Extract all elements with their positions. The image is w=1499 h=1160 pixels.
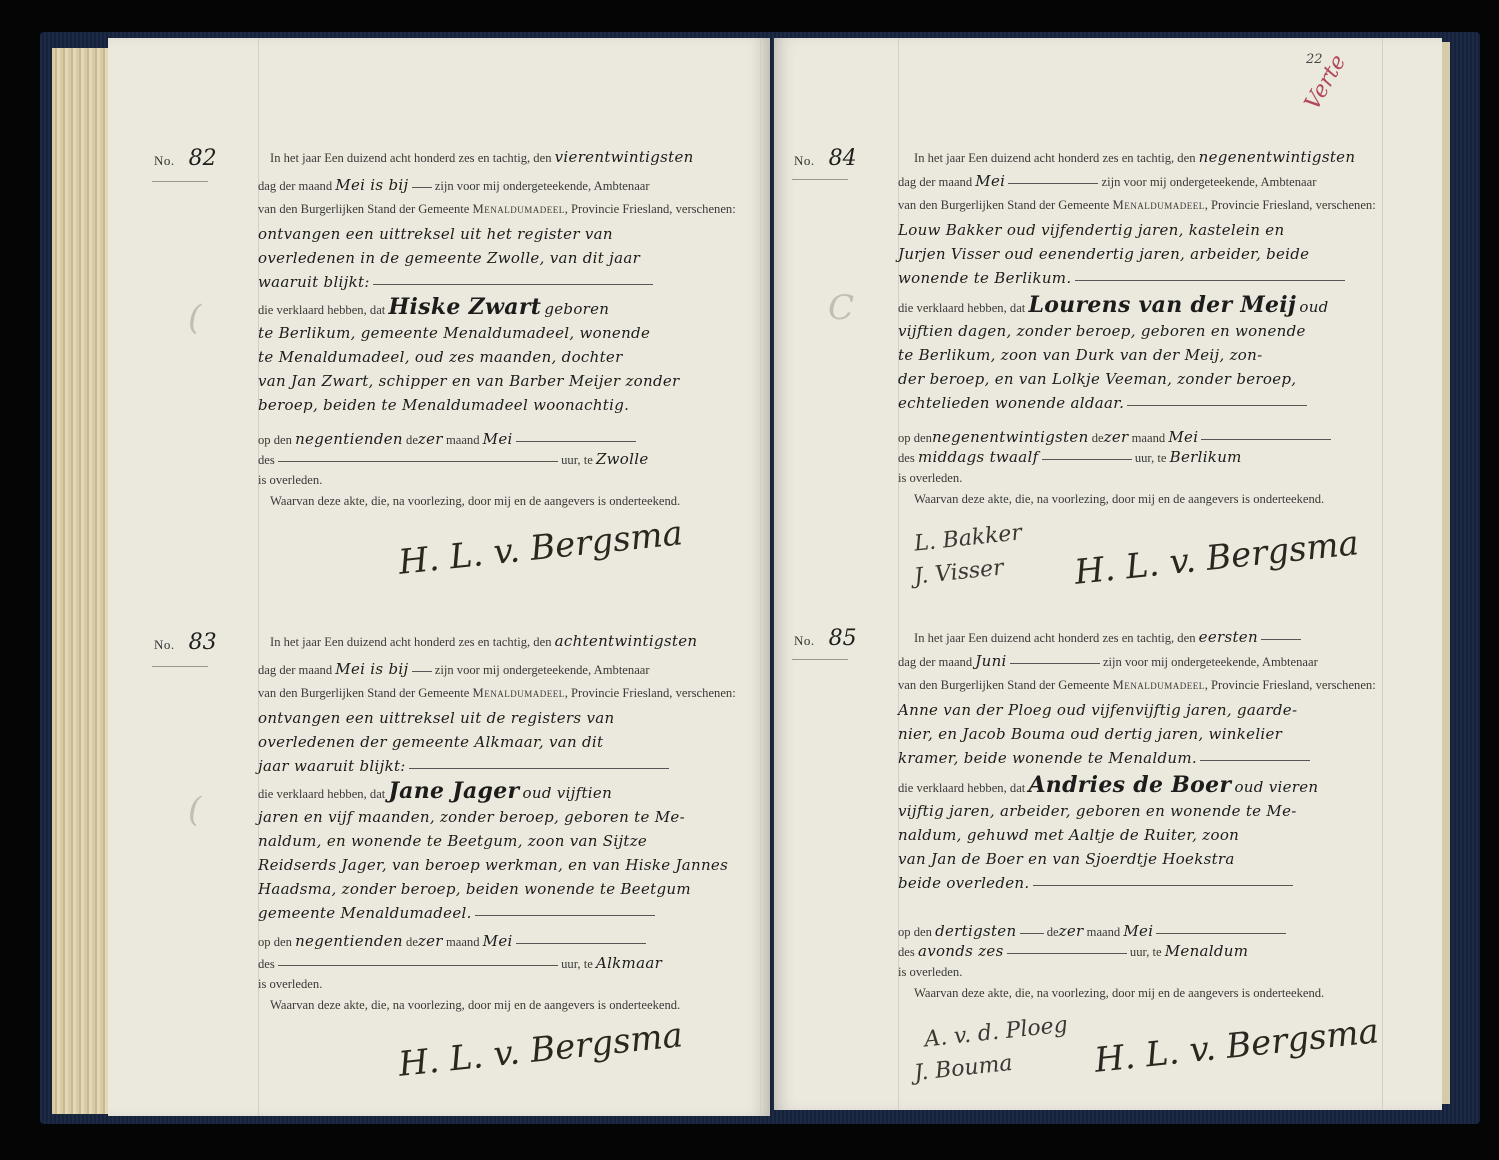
detail-line: Reidserds Jager, van beroep werkman, en … <box>258 854 728 876</box>
registrar-signature: H. L. v. Bergsma <box>397 513 685 583</box>
act-85: No.85 In het jaar Een duizend acht honde… <box>774 626 1442 1106</box>
month-line: dag der maand Mei is bij zijn voor mij o… <box>258 658 650 681</box>
registrar-signature: H. L. v. Bergsma <box>397 1015 685 1085</box>
intro-line: In het jaar Een duizend acht honderd zes… <box>270 630 697 653</box>
act-83: No.83 In het jaar Een duizend acht honde… <box>108 630 770 1110</box>
intro-line: In het jaar Een duizend acht honderd zes… <box>914 146 1355 169</box>
detail-line: beide overleden. <box>898 872 1293 895</box>
overleden-text: is overleden. <box>898 467 962 489</box>
act-number: No.83 <box>154 630 217 655</box>
divider <box>152 666 208 667</box>
page-edges <box>52 48 114 1114</box>
pencil-mark: ( <box>188 790 201 830</box>
divider <box>792 659 848 660</box>
pencil-mark: ( <box>188 298 201 338</box>
detail-line: jaren en vijf maanden, zonder beroep, ge… <box>258 806 685 828</box>
detail-line: vijftien dagen, zonder beroep, geboren e… <box>898 320 1306 342</box>
detail-line: naldum, gehuwd met Aaltje de Ruiter, zoo… <box>898 824 1239 846</box>
death-date-line: op den negentienden dezer maand Mei <box>258 930 646 953</box>
detail-line: te Menaldumadeel, oud zes maanden, docht… <box>258 346 623 368</box>
deceased-name: Lourens van der Meij <box>1028 292 1296 318</box>
informant-line: wonende te Berlikum. <box>898 267 1345 290</box>
overleden-text: is overleden. <box>898 961 962 983</box>
deceased-name: Andries de Boer <box>1028 772 1231 798</box>
declared-line: die verklaard hebben, dat Jane Jager oud… <box>258 780 612 805</box>
informant-line: kramer, beide wonende te Menaldum. <box>898 747 1310 770</box>
death-place-line: des uur, te Zwolle <box>258 448 649 471</box>
month-line: dag der maand Mei zijn voor mij onderget… <box>898 170 1316 193</box>
closing-text: Waarvan deze akte, die, na voorlezing, d… <box>914 982 1324 1004</box>
informant-line: ontvangen een uittreksel uit de register… <box>258 707 614 729</box>
informant-line: Louw Bakker oud vijfendertig jaren, kast… <box>898 219 1284 241</box>
detail-line: vijftig jaren, arbeider, geboren en wone… <box>898 800 1297 822</box>
intro-line: In het jaar Een duizend acht honderd zes… <box>270 146 694 169</box>
declared-line: die verklaard hebben, dat Hiske Zwart ge… <box>258 296 609 321</box>
declared-line: die verklaard hebben, dat Lourens van de… <box>898 294 1329 319</box>
death-place-line: des avonds zes uur, te Menaldum <box>898 940 1248 963</box>
registrar-signature: H. L. v. Bergsma <box>1093 1011 1381 1081</box>
closing-text: Waarvan deze akte, die, na voorlezing, d… <box>270 994 680 1016</box>
act-84: No.84 In het jaar Een duizend acht honde… <box>774 38 1442 618</box>
act-82: No.82 In het jaar Een duizend acht honde… <box>108 38 770 598</box>
registrar-line: van den Burgerlijken Stand der Gemeente … <box>258 198 736 220</box>
informant-signature: A. v. d. Ploeg <box>923 1013 1069 1053</box>
detail-line: beroep, beiden te Menaldumadeel woonacht… <box>258 394 629 416</box>
overleden-text: is overleden. <box>258 973 322 995</box>
closing-text: Waarvan deze akte, die, na voorlezing, d… <box>914 488 1324 510</box>
detail-line: echtelieden wonende aldaar. <box>898 392 1307 415</box>
intro-line: In het jaar Een duizend acht honderd zes… <box>914 626 1301 649</box>
detail-line: naldum, en wonende te Beetgum, zoon van … <box>258 830 647 852</box>
declared-line: die verklaard hebben, dat Andries de Boe… <box>898 774 1318 799</box>
detail-line: van Jan de Boer en van Sjoerdtje Hoekstr… <box>898 848 1235 870</box>
informant-line: Anne van der Ploeg oud vijfenvijftig jar… <box>898 699 1297 721</box>
informant-line: waaruit blijkt: <box>258 271 653 294</box>
detail-line: te Berlikum, zoon van Durk van der Meij,… <box>898 344 1262 366</box>
pencil-mark: C <box>828 288 854 328</box>
divider <box>152 181 208 182</box>
closing-text: Waarvan deze akte, die, na voorlezing, d… <box>270 490 680 512</box>
act-day: vierentwintigsten <box>555 148 694 166</box>
registrar-line: van den Burgerlijken Stand der Gemeente … <box>898 674 1376 696</box>
informant-line: overledenen in de gemeente Zwolle, van d… <box>258 247 640 269</box>
registrar-signature: H. L. v. Bergsma <box>1073 523 1361 593</box>
act-month: Mei is bij <box>335 176 408 194</box>
death-place-line: des middags twaalf uur, te Berlikum <box>898 446 1242 469</box>
informant-line: nier, en Jacob Bouma oud dertig jaren, w… <box>898 723 1282 745</box>
detail-line: gemeente Menaldumadeel. <box>258 902 655 925</box>
informant-signature: J. Visser <box>913 555 1005 589</box>
month-line: dag der maand Mei is bij zijn voor mij o… <box>258 174 650 197</box>
act-number: No.84 <box>794 146 857 171</box>
deceased-name: Hiske Zwart <box>388 294 541 320</box>
deceased-name: Jane Jager <box>388 778 519 804</box>
page-edge-right <box>1442 42 1450 1104</box>
no-label: No. <box>154 153 175 168</box>
registrar-line: van den Burgerlijken Stand der Gemeente … <box>258 682 736 704</box>
informant-line: jaar waaruit blijkt: <box>258 755 669 778</box>
act-number-value: 82 <box>189 146 217 171</box>
informant-signature: L. Bakker <box>913 520 1023 556</box>
right-page: 22 Verte No.84 In het jaar Een duizend a… <box>774 38 1442 1110</box>
informant-signature: J. Bouma <box>913 1051 1014 1086</box>
informant-line: ontvangen een uittreksel uit het registe… <box>258 223 613 245</box>
act-number: No.85 <box>794 626 857 651</box>
left-page: No.82 In het jaar Een duizend acht honde… <box>108 38 770 1116</box>
death-place-line: des uur, te Alkmaar <box>258 952 662 975</box>
detail-line: te Berlikum, gemeente Menaldumadeel, won… <box>258 322 650 344</box>
detail-line: der beroep, en van Lolkje Veeman, zonder… <box>898 368 1296 390</box>
overleden-text: is overleden. <box>258 469 322 491</box>
registrar-line: van den Burgerlijken Stand der Gemeente … <box>898 194 1376 216</box>
informant-line: Jurjen Visser oud eenendertig jaren, arb… <box>898 243 1309 265</box>
divider <box>792 179 848 180</box>
act-number: No.82 <box>154 146 217 171</box>
month-line: dag der maand Juni zijn voor mij onderge… <box>898 650 1318 673</box>
detail-line: van Jan Zwart, schipper en van Barber Me… <box>258 370 680 392</box>
informant-line: overledenen der gemeente Alkmaar, van di… <box>258 731 603 753</box>
detail-line: Haadsma, zonder beroep, beiden wonende t… <box>258 878 691 900</box>
